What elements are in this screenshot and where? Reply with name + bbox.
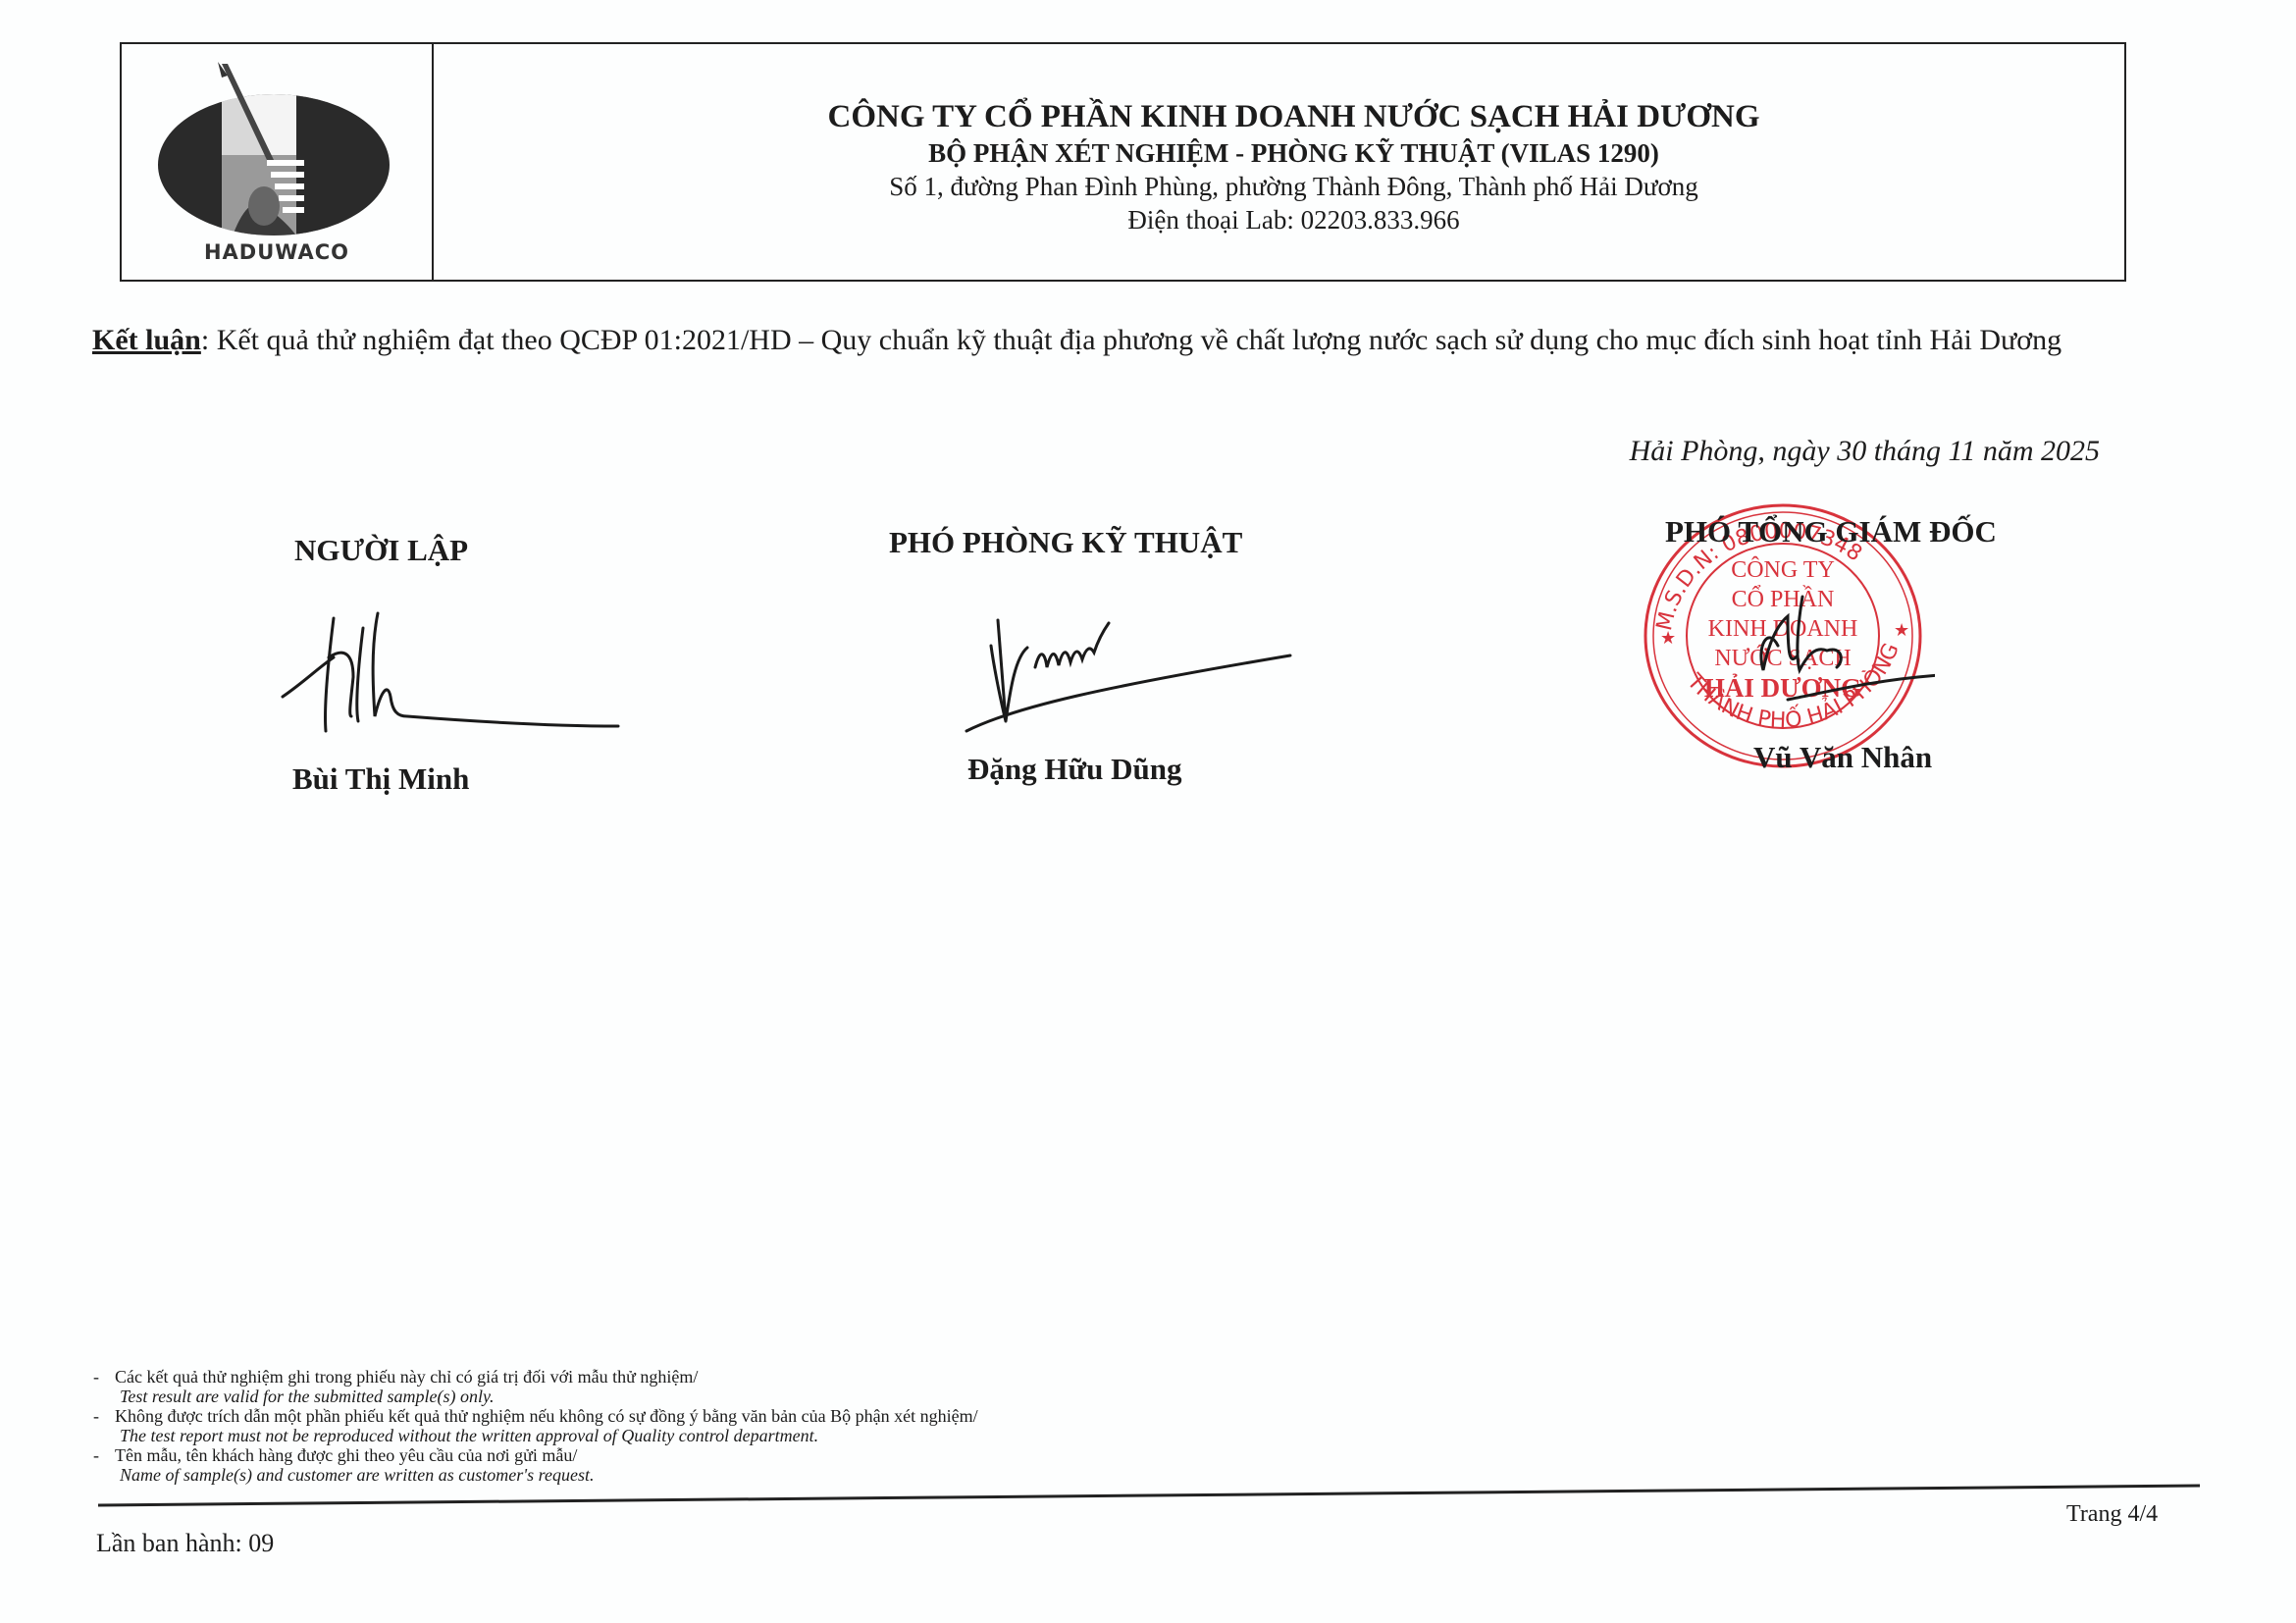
- footer-divider: [98, 1480, 2208, 1509]
- conclusion-paragraph: Kết luận: Kết quả thử nghiệm đạt theo QC…: [84, 312, 2125, 369]
- conclusion-label: Kết luận: [92, 324, 201, 356]
- svg-text:★: ★: [1894, 620, 1909, 641]
- company-name: CÔNG TY CỔ PHẦN KINH DOANH NƯỚC SẠCH HẢI…: [463, 97, 2124, 136]
- signatory-title-preparer: NGƯỜI LẬP: [294, 533, 468, 568]
- note-en: The test report must not be reproduced w…: [90, 1426, 978, 1445]
- note-en: Test result are valid for the submitted …: [90, 1387, 978, 1406]
- letterhead: HADUWACO CÔNG TY CỔ PHẦN KINH DOANH NƯỚC…: [120, 42, 2126, 282]
- date-line: Hải Phòng, ngày 30 tháng 11 năm 2025: [1630, 435, 2100, 468]
- logo-cell: HADUWACO: [122, 44, 434, 280]
- svg-text:HẢI DƯƠNG: HẢI DƯƠNG: [1704, 673, 1861, 703]
- conclusion-text: : Kết quả thử nghiệm đạt theo QCĐP 01:20…: [201, 324, 2061, 356]
- signature-icon: [275, 599, 628, 746]
- department-name: BỘ PHẬN XÉT NGHIỆM - PHÒNG KỸ THUẬT (VIL…: [463, 136, 2124, 170]
- svg-text:CỔ PHẦN: CỔ PHẦN: [1732, 586, 1835, 612]
- signatory-name-deputy-head: Đặng Hữu Dũng: [967, 752, 1181, 787]
- signatory-name-deputy-director: Vũ Văn Nhân: [1753, 740, 1932, 775]
- svg-text:CÔNG TY: CÔNG TY: [1731, 556, 1835, 583]
- note-vi: Tên mẫu, tên khách hàng được ghi theo yê…: [90, 1445, 978, 1465]
- edition-number: Lần ban hành: 09: [96, 1529, 274, 1558]
- address: Số 1, đường Phan Đình Phùng, phường Thàn…: [463, 170, 2124, 203]
- phone: Điện thoại Lab: 02203.833.966: [463, 203, 2124, 236]
- disclaimer-notes: Các kết quả thử nghiệm ghi trong phiếu n…: [90, 1367, 978, 1485]
- header-info: CÔNG TY CỔ PHẦN KINH DOANH NƯỚC SẠCH HẢI…: [434, 44, 2124, 280]
- signature-icon: [957, 608, 1295, 736]
- note-vi: Các kết quả thử nghiệm ghi trong phiếu n…: [90, 1367, 978, 1387]
- note-vi: Không được trích dẫn một phần phiếu kết …: [90, 1406, 978, 1426]
- signatory-name-preparer: Bùi Thị Minh: [292, 761, 469, 797]
- signatory-title-deputy-director: PHÓ TỔNG GIÁM ĐỐC: [1665, 514, 1997, 550]
- svg-text:★: ★: [1660, 628, 1676, 649]
- signatory-title-deputy-head: PHÓ PHÒNG KỸ THUẬT: [889, 525, 1242, 560]
- page-number: Trang 4/4: [2066, 1501, 2158, 1528]
- logo-text: HADUWACO: [122, 240, 432, 264]
- haduwaco-logo-icon: [151, 62, 396, 238]
